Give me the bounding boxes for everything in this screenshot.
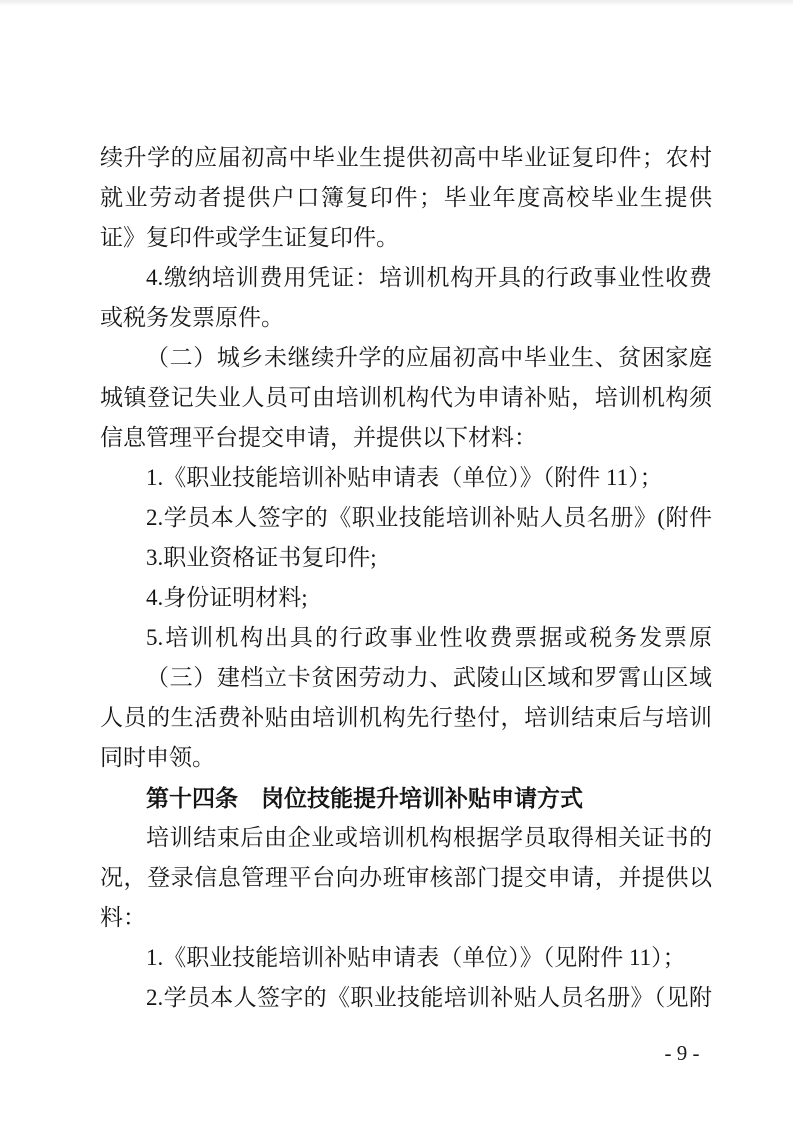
article-14-heading: 第十四条 岗位技能提升培训补贴申请方式	[100, 778, 712, 818]
scan-edge-shading	[0, 0, 793, 6]
body-line: 况，登录信息管理平台向办班审核部门提交申请，并提供以下材	[100, 858, 712, 898]
body-line: 城镇登记失业人员可由培训机构代为申请补贴，培训机构须登录	[100, 378, 712, 418]
body-line: 或税务发票原件。	[100, 298, 712, 338]
document-body: 续升学的应届初高中毕业生提供初高中毕业证复印件；农村转移 就业劳动者提供户口簿复…	[100, 138, 712, 1018]
numbered-item-line: 3.职业资格证书复印件;	[100, 538, 712, 578]
body-line: 料：	[100, 898, 712, 938]
body-line: 续升学的应届初高中毕业生提供初高中毕业证复印件；农村转移	[100, 138, 712, 178]
body-line: 就业劳动者提供户口簿复印件；毕业年度高校毕业生提供《毕业	[100, 178, 712, 218]
body-line: 培训结束后由企业或培训机构根据学员取得相关证书的情	[100, 818, 712, 858]
subsection-2-line: （二）城乡未继续升学的应届初高中毕业生、贫困家庭子女、	[100, 338, 712, 378]
subsection-3-line: （三）建档立卡贫困劳动力、武陵山区域和罗霄山区域五类	[100, 658, 712, 698]
numbered-item-line: 1.《职业技能培训补贴申请表（单位）》（附件 11）；	[100, 458, 712, 498]
numbered-item-line: 4.身份证明材料;	[100, 578, 712, 618]
body-line: 人员的生活费补贴由培训机构先行垫付，培训结束后与培训补贴	[100, 698, 712, 738]
numbered-item-line: 2.学员本人签字的《职业技能培训补贴人员名册》(附件 12);	[100, 498, 712, 538]
body-line: 信息管理平台提交申请，并提供以下材料：	[100, 418, 712, 458]
document-page: 续升学的应届初高中毕业生提供初高中毕业证复印件；农村转移 就业劳动者提供户口簿复…	[0, 0, 793, 1122]
body-line: 同时申领。	[100, 738, 712, 778]
body-line: 证》复印件或学生证复印件。	[100, 218, 712, 258]
numbered-item-line: 1.《职业技能培训补贴申请表（单位）》（见附件 11）；	[100, 938, 712, 978]
numbered-item-line: 5.培训机构出具的行政事业性收费票据或税务发票原件。	[100, 618, 712, 658]
numbered-item-line: 4.缴纳培训费用凭证：培训机构开具的行政事业性收费票据	[100, 258, 712, 298]
page-number: - 9 -	[638, 1040, 726, 1066]
numbered-item-line: 2.学员本人签字的《职业技能培训补贴人员名册》（见附件	[100, 978, 712, 1018]
